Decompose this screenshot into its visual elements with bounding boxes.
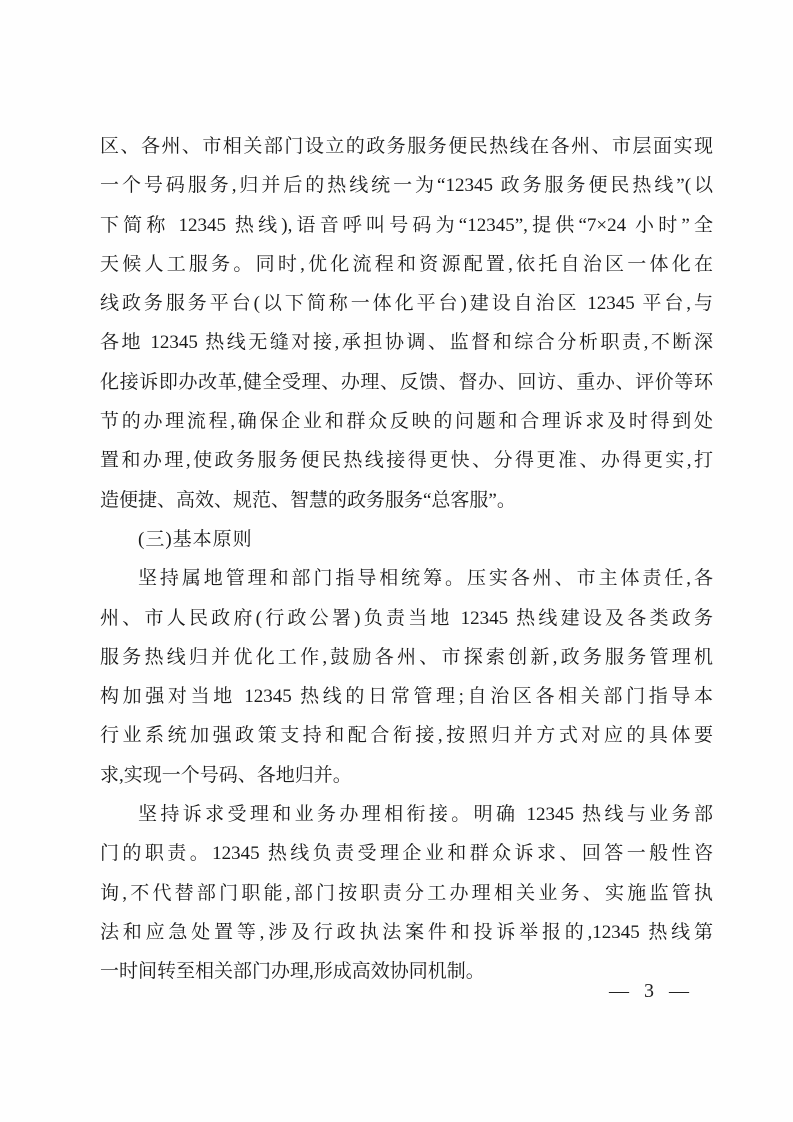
text-line: 州、市人民政府(行政公署)负责当地 12345 热线建设及各类政务 [100,599,713,638]
text-line: 求,实现一个号码、各地归并。 [100,756,713,795]
text-line: 一个号码服务,归并后的热线统一为“12345 政务服务便民热线”(以 [100,166,713,205]
section-heading: (三)基本原则 [100,520,713,559]
text-line: 询,不代替部门职能,部门按职责分工办理相关业务、实施监管执 [100,874,713,913]
text-line: 门的职责。12345 热线负责受理企业和群众诉求、回答一般性咨 [100,834,713,873]
text-line: 置和办理,使政务服务便民热线接得更快、分得更准、办得更实,打 [100,441,713,480]
text-line: 天候人工服务。同时,优化流程和资源配置,依托自治区一体化在 [100,245,713,284]
text-line: 坚持属地管理和部门指导相统筹。压实各州、市主体责任,各 [100,559,713,598]
text-line: 下简称 12345 热线),语音呼叫号码为“12345”,提供“7×24 小时”… [100,206,713,245]
text-line: 区、各州、市相关部门设立的政务服务便民热线在各州、市层面实现 [100,127,713,166]
text-line: 坚持诉求受理和业务办理相衔接。明确 12345 热线与业务部 [100,795,713,834]
text-line: 服务热线归并优化工作,鼓励各州、市探索创新,政务服务管理机 [100,638,713,677]
text-line: 构加强对当地 12345 热线的日常管理;自治区各相关部门指导本 [100,677,713,716]
text-line: 化接诉即办改革,健全受理、办理、反馈、督办、回访、重办、评价等环 [100,363,713,402]
text-line: 造便捷、高效、规范、智慧的政务服务“总客服”。 [100,481,713,520]
text-line: 法和应急处置等,涉及行政执法案件和投诉举报的,12345 热线第 [100,913,713,952]
document-page: 区、各州、市相关部门设立的政务服务便民热线在各州、市层面实现 一个号码服务,归并… [0,0,793,1122]
document-body: 区、各州、市相关部门设立的政务服务便民热线在各州、市层面实现 一个号码服务,归并… [100,127,713,992]
text-line: 线政务服务平台(以下简称一体化平台)建设自治区 12345 平台,与 [100,284,713,323]
page-number: — 3 — [609,980,689,1002]
text-line: 行业系统加强政策支持和配合衔接,按照归并方式对应的具体要 [100,716,713,755]
text-line: 节的办理流程,确保企业和群众反映的问题和合理诉求及时得到处 [100,402,713,441]
text-line: 各地 12345 热线无缝对接,承担协调、监督和综合分析职责,不断深 [100,323,713,362]
